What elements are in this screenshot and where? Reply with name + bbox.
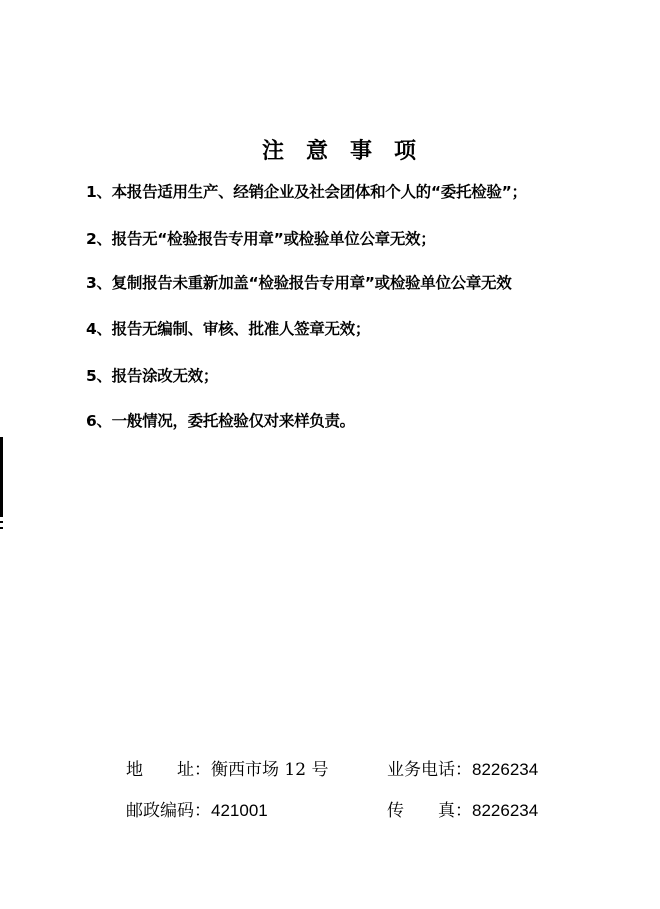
phone-label: 业务电话： xyxy=(387,760,472,780)
address-line: 地 址：衡西市场 12 号 xyxy=(126,755,328,780)
notice-item-5: 5、报告涂改无效； xyxy=(86,364,218,386)
postcode-line: 邮政编码：421001 xyxy=(126,796,268,821)
notice-item-2: 2、报告无“检验报告专用章”或检验单位公章无效； xyxy=(86,227,435,249)
page-title: 注意事项 xyxy=(262,134,438,165)
notice-item-6: 6、一般情况，委托检验仅对来样负责。 xyxy=(86,409,355,431)
fax-value: 8226234 xyxy=(472,801,538,820)
scan-edge-dash xyxy=(0,521,3,523)
postcode-value: 421001 xyxy=(211,801,268,820)
postcode-label: 邮政编码： xyxy=(126,801,211,821)
notice-item-1: 1、本报告适用生产、经销企业及社会团体和个人的“委托检验”； xyxy=(86,180,527,202)
title-char: 项 xyxy=(394,134,416,165)
address-value: 衡西市场 12 号 xyxy=(211,760,328,780)
notice-item-3: 3、复制报告未重新加盖“检验报告专用章”或检验单位公章无效 xyxy=(86,271,511,293)
phone-line: 业务电话：8226234 xyxy=(387,755,538,780)
scan-edge-mark xyxy=(0,437,3,517)
fax-line: 传 真：8226234 xyxy=(387,796,538,821)
title-char: 注 xyxy=(262,134,284,165)
scan-edge-dash xyxy=(0,527,3,529)
address-label: 地 址： xyxy=(126,760,211,780)
fax-label: 传 真： xyxy=(387,801,472,821)
notice-item-4: 4、报告无编制、审核、批准人签章无效； xyxy=(86,317,370,339)
title-char: 意 xyxy=(306,134,328,165)
title-char: 事 xyxy=(350,134,372,165)
phone-value: 8226234 xyxy=(472,760,538,779)
